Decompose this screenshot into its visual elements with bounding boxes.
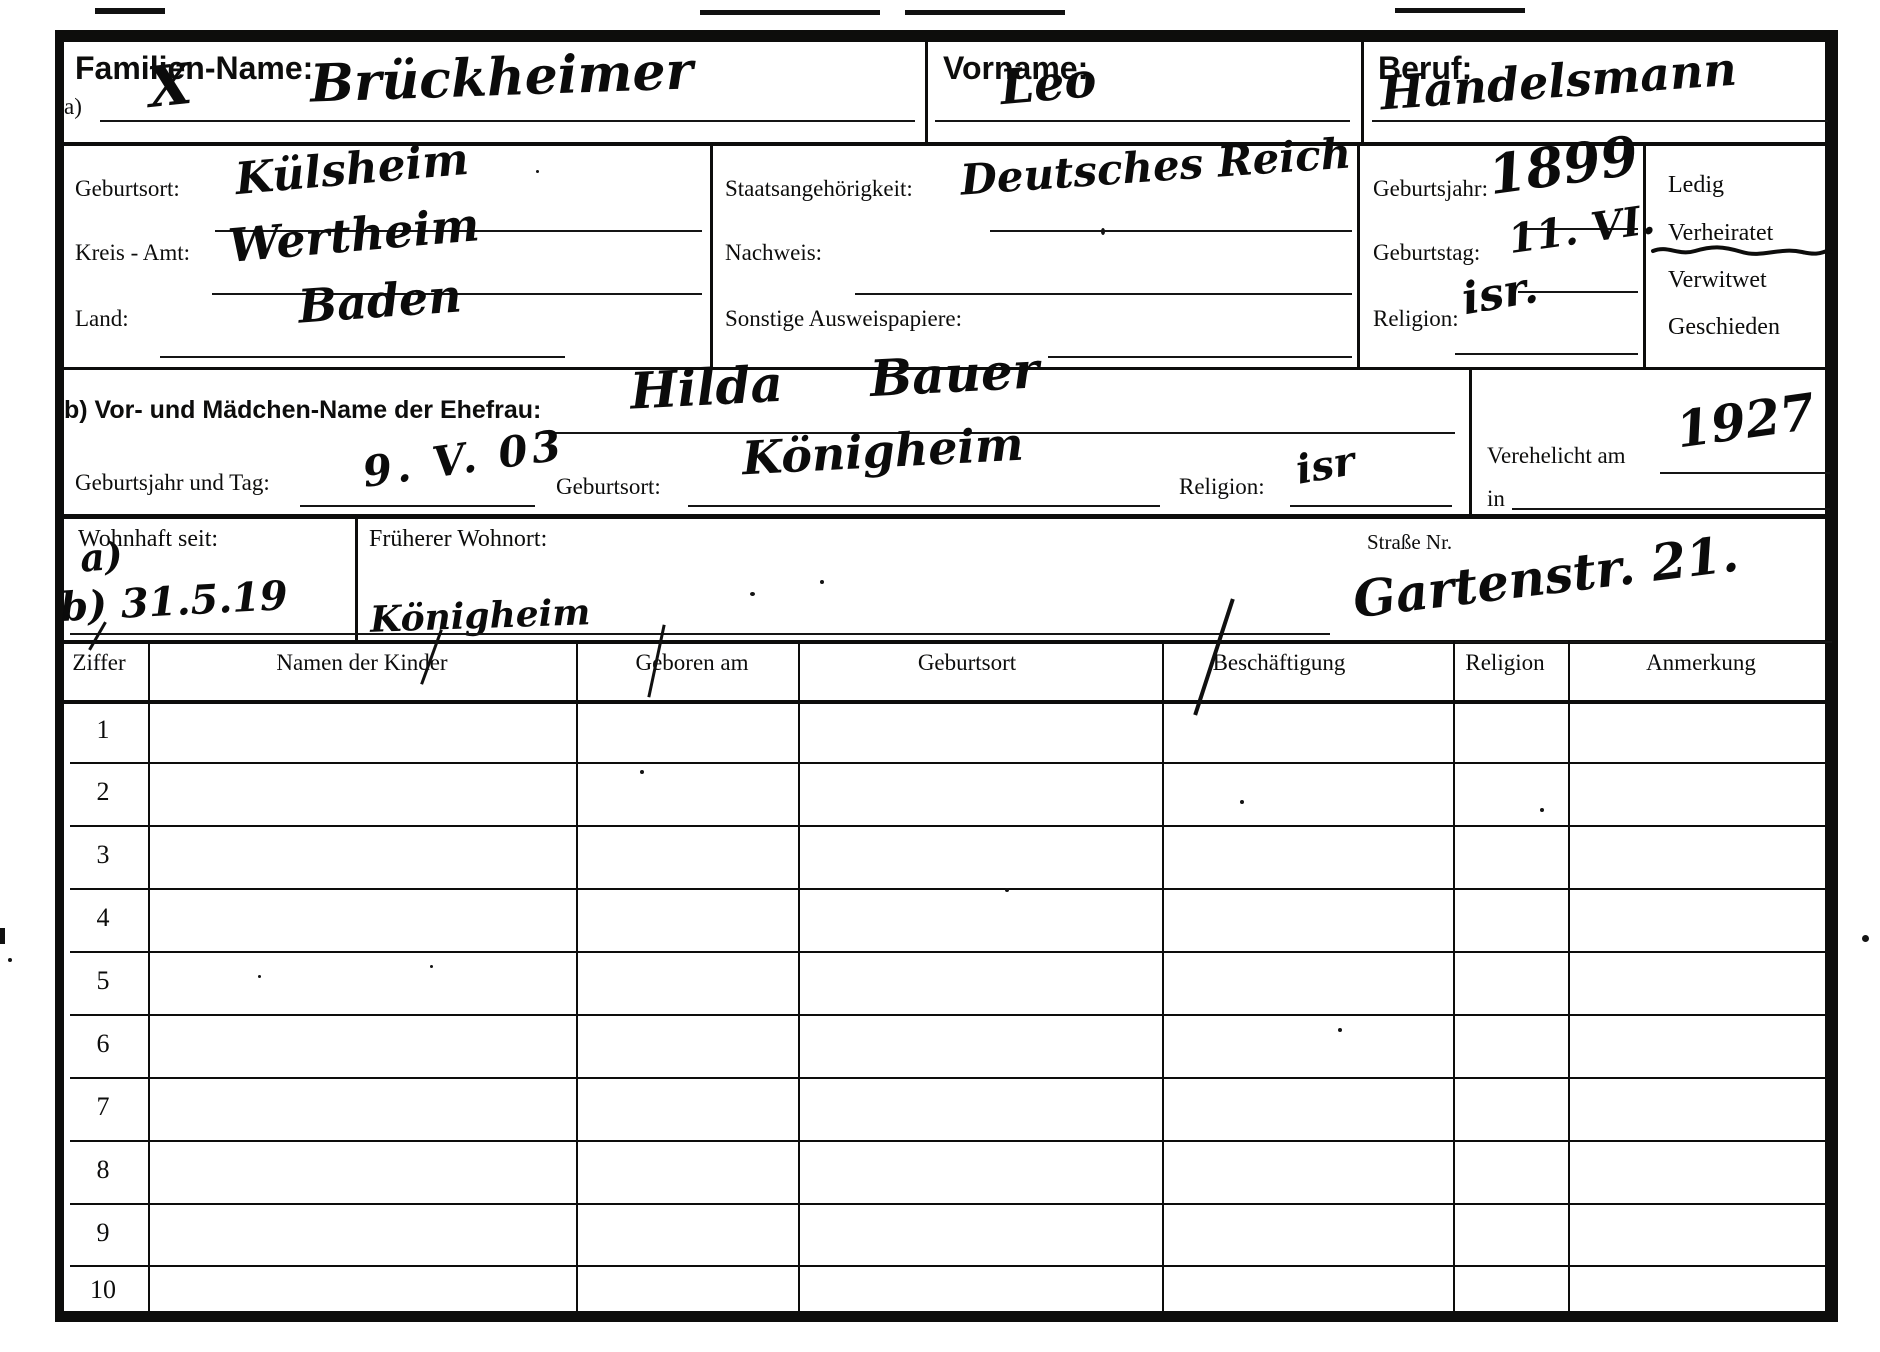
scan-speck	[750, 592, 755, 596]
familien-name-handwriting: Brückheimer	[309, 45, 694, 110]
table-col-line-geboren	[576, 640, 578, 1317]
strasse-nr-label: Straße Nr.	[1367, 530, 1452, 555]
verheiratet-selected-underline-mark	[1650, 243, 1835, 259]
staatsangehoerigkeit-label: Staatsangehörigkeit:	[725, 176, 913, 202]
ehefrau-geburtsort-handwriting: Königheim	[741, 421, 1025, 482]
child-row-number: 6	[58, 1029, 148, 1059]
scan-artifact	[95, 8, 165, 14]
familien-name-mark-handwriting: X	[145, 56, 194, 116]
land-label: Land:	[75, 306, 129, 332]
sonstige-ausweispapiere-label: Sonstige Ausweispapiere:	[725, 306, 962, 332]
strasse-writing-line	[1380, 641, 1832, 643]
marital-option-verwitwet: Verwitwet	[1668, 267, 1767, 294]
religion-label: Religion:	[1373, 306, 1459, 332]
table-col-line-beschaeftigung	[1162, 640, 1164, 1317]
child-row-number: 9	[58, 1218, 148, 1248]
wohnhaft-a-handwriting: a)	[78, 536, 124, 578]
ehefrau-geburtsjahr-writing-line	[300, 505, 535, 507]
child-row-number: 2	[58, 777, 148, 807]
divider-verehelicht	[1469, 367, 1472, 514]
familien-name-label: Familien-Name:	[75, 50, 313, 87]
table-header-namen-der-kinder: Namen der Kinder	[276, 650, 447, 676]
marital-option-ledig: Ledig	[1668, 172, 1724, 199]
divider-staatsangehoerigkeit	[710, 142, 713, 367]
ehefrau-geburtsort-label: Geburtsort:	[556, 474, 661, 500]
scan-speck	[1338, 1028, 1342, 1032]
table-row-line	[70, 951, 1830, 953]
child-row-number: 5	[58, 966, 148, 996]
wohnhaft-b-handwriting: b) 31.5.19	[59, 576, 289, 628]
divider-beruf	[1361, 42, 1364, 142]
ehefrau-religion-label: Religion:	[1179, 474, 1265, 500]
geburtstag-label: Geburtstag:	[1373, 240, 1480, 266]
table-row-line	[70, 888, 1830, 890]
scan-speck	[430, 965, 433, 968]
divider-residence	[62, 514, 1829, 519]
table-header-beschaeftigung: Beschäftigung	[1213, 650, 1346, 676]
child-row-number: 10	[58, 1275, 148, 1305]
scan-speck	[536, 170, 539, 173]
table-header-geburtsort: Geburtsort	[918, 650, 1016, 676]
staatsangehoerigkeit-writing-line	[990, 230, 1352, 232]
line-a-prefix: a)	[64, 94, 82, 120]
scan-speck	[258, 975, 261, 978]
table-row-line	[70, 825, 1830, 827]
ehefrau-religion-writing-line	[1290, 505, 1452, 507]
scan-artifact	[905, 10, 1065, 15]
table-header-anmerkung: Anmerkung	[1646, 650, 1756, 676]
vorname-handwriting: Leo	[998, 56, 1098, 112]
scan-speck	[1101, 228, 1105, 235]
religion-writing-line	[1455, 353, 1638, 355]
scan-speck	[820, 580, 824, 584]
child-row-number: 4	[58, 903, 148, 933]
scan-speck	[1540, 808, 1544, 812]
vorname-writing-line	[935, 120, 1350, 122]
verehelicht-am-label: Verehelicht am	[1487, 443, 1626, 469]
divider-marital-box	[1643, 142, 1646, 367]
divider-vorname	[925, 42, 928, 142]
kreis-amt-label: Kreis - Amt:	[75, 240, 190, 266]
ehefrau-geburtsjahr-label: Geburtsjahr und Tag:	[75, 470, 270, 496]
scan-speck	[1240, 800, 1244, 804]
table-row-line	[70, 1203, 1830, 1205]
divider-frueherer-wohnort	[355, 514, 358, 640]
scan-artifact	[700, 10, 880, 15]
table-col-line-anmerkung	[1568, 640, 1570, 1317]
frueherer-wohnort-handwriting: Königheim	[369, 594, 591, 638]
child-row-number: 1	[58, 715, 148, 745]
verehelicht-in-writing-line	[1512, 508, 1830, 510]
frueherer-wohnort-label: Früherer Wohnort:	[369, 526, 547, 553]
nachweis-label: Nachweis:	[725, 240, 822, 266]
verehelicht-writing-line	[1660, 472, 1830, 474]
divider-geburtsjahr	[1357, 142, 1360, 367]
geburtsjahr-label: Geburtsjahr:	[1373, 176, 1488, 202]
land-handwriting: Baden	[297, 272, 463, 329]
ehefrau-name-label: b) Vor- und Mädchen-Name der Ehefrau:	[64, 396, 541, 425]
familien-name-writing-line	[100, 120, 915, 122]
divider-table-header	[62, 700, 1829, 704]
table-row-line	[70, 1014, 1830, 1016]
table-col-line-geburtsort	[798, 640, 800, 1317]
scan-speck	[8, 958, 12, 962]
beruf-writing-line	[1372, 120, 1828, 122]
table-row-line	[70, 762, 1830, 764]
table-header-ziffer: Ziffer	[72, 650, 125, 676]
child-row-number: 7	[58, 1092, 148, 1122]
verehelicht-in-label: in	[1487, 486, 1505, 512]
scan-speck	[640, 770, 644, 774]
scanned-registration-card: { "section_a": { "familien_name_label": …	[0, 0, 1880, 1352]
residence-writing-line	[70, 633, 1330, 635]
scan-artifact	[0, 928, 5, 944]
geburtsort-label: Geburtsort:	[75, 176, 180, 202]
sonstige-writing-line	[1048, 356, 1352, 358]
nachweis-writing-line	[855, 293, 1352, 295]
child-row-number: 3	[58, 840, 148, 870]
table-header-religion: Religion	[1465, 650, 1544, 676]
child-row-number: 8	[58, 1155, 148, 1185]
table-col-line-ziffer	[148, 640, 150, 1317]
table-row-line	[70, 1265, 1830, 1267]
scan-speck	[1005, 888, 1009, 892]
scan-artifact	[1395, 8, 1525, 13]
ehefrau-religion-handwriting: isr	[1293, 441, 1358, 491]
table-col-line-religion	[1453, 640, 1455, 1317]
ehefrau-geburtsort-writing-line	[688, 505, 1160, 507]
marital-option-geschieden: Geschieden	[1668, 314, 1780, 341]
religion-handwriting: isr.	[1459, 266, 1541, 323]
scan-speck	[1862, 935, 1869, 942]
table-row-line	[70, 1077, 1830, 1079]
land-writing-line	[160, 356, 565, 358]
table-row-line	[70, 1140, 1830, 1142]
